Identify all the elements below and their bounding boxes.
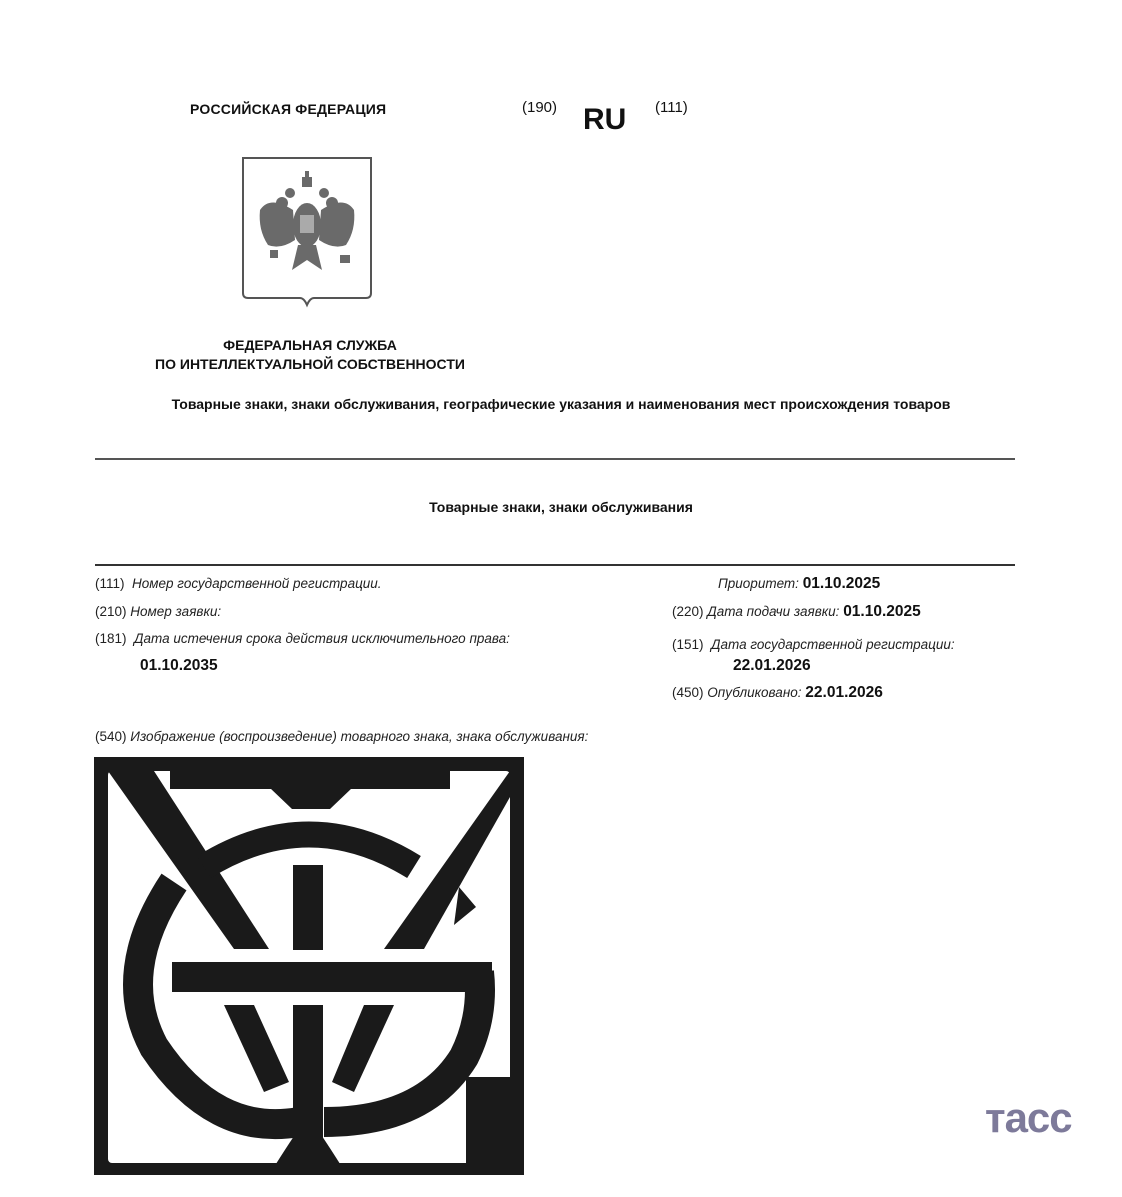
field-210: (210) Номер заявки: (95, 604, 221, 619)
coat-of-arms-icon (240, 155, 374, 313)
country-name: РОССИЙСКАЯ ФЕДЕРАЦИЯ (190, 101, 386, 117)
inid-code-190: (190) (522, 99, 557, 116)
field-code: (540) (95, 729, 127, 744)
field-151-value-row: 22.01.2026 (733, 657, 811, 675)
field-value: 01.10.2025 (803, 575, 881, 592)
field-value: 22.01.2026 (805, 684, 883, 701)
field-label: Дата истечения срока действия исключител… (134, 631, 510, 646)
field-label: Дата государственной регистрации: (711, 637, 955, 652)
field-value: 22.01.2026 (733, 657, 811, 674)
field-code: (450) (672, 685, 704, 700)
field-540: (540) Изображение (воспроизведение) това… (95, 729, 588, 744)
field-code: (181) (95, 631, 127, 646)
field-code: (111) (95, 576, 125, 591)
field-181-value-row: 01.10.2035 (140, 657, 218, 675)
field-151: (151) Дата государственной регистрации: (672, 637, 955, 652)
field-450: (450) Опубликовано: 22.01.2026 (672, 684, 883, 702)
field-code: (220) (672, 604, 704, 619)
field-priority: Приоритет: 01.10.2025 (718, 575, 880, 593)
trademark-image (94, 757, 524, 1175)
field-label: Изображение (воспроизведение) товарного … (130, 729, 588, 744)
field-label: Номер заявки: (130, 604, 221, 619)
agency-line-1: ФЕДЕРАЛЬНАЯ СЛУЖБА (100, 336, 520, 355)
field-value: 01.10.2025 (843, 603, 921, 620)
section-title: Товарные знаки, знаки обслуживания (0, 499, 1122, 515)
field-220: (220) Дата подачи заявки: 01.10.2025 (672, 603, 921, 621)
field-code: (210) (95, 604, 127, 619)
field-label: Приоритет: (718, 576, 799, 591)
field-label: Номер государственной регистрации. (132, 576, 382, 591)
divider (95, 458, 1015, 460)
document-subtitle: Товарные знаки, знаки обслуживания, геог… (0, 396, 1122, 412)
inid-code-111: (111) (655, 99, 688, 116)
field-code: (151) (672, 637, 704, 652)
field-181: (181) Дата истечения срока действия искл… (95, 631, 510, 646)
country-code: RU (583, 103, 626, 137)
divider (95, 564, 1015, 566)
field-label: Опубликовано: (707, 685, 801, 700)
field-value: 01.10.2035 (140, 657, 218, 674)
agency-line-2: ПО ИНТЕЛЛЕКТУАЛЬНОЙ СОБСТВЕННОСТИ (100, 355, 520, 374)
tass-watermark-logo: тасс (985, 1094, 1072, 1142)
field-label: Дата подачи заявки: (707, 604, 839, 619)
field-111: (111) Номер государственной регистрации. (95, 576, 382, 591)
agency-name: ФЕДЕРАЛЬНАЯ СЛУЖБА ПО ИНТЕЛЛЕКТУАЛЬНОЙ С… (100, 336, 520, 374)
